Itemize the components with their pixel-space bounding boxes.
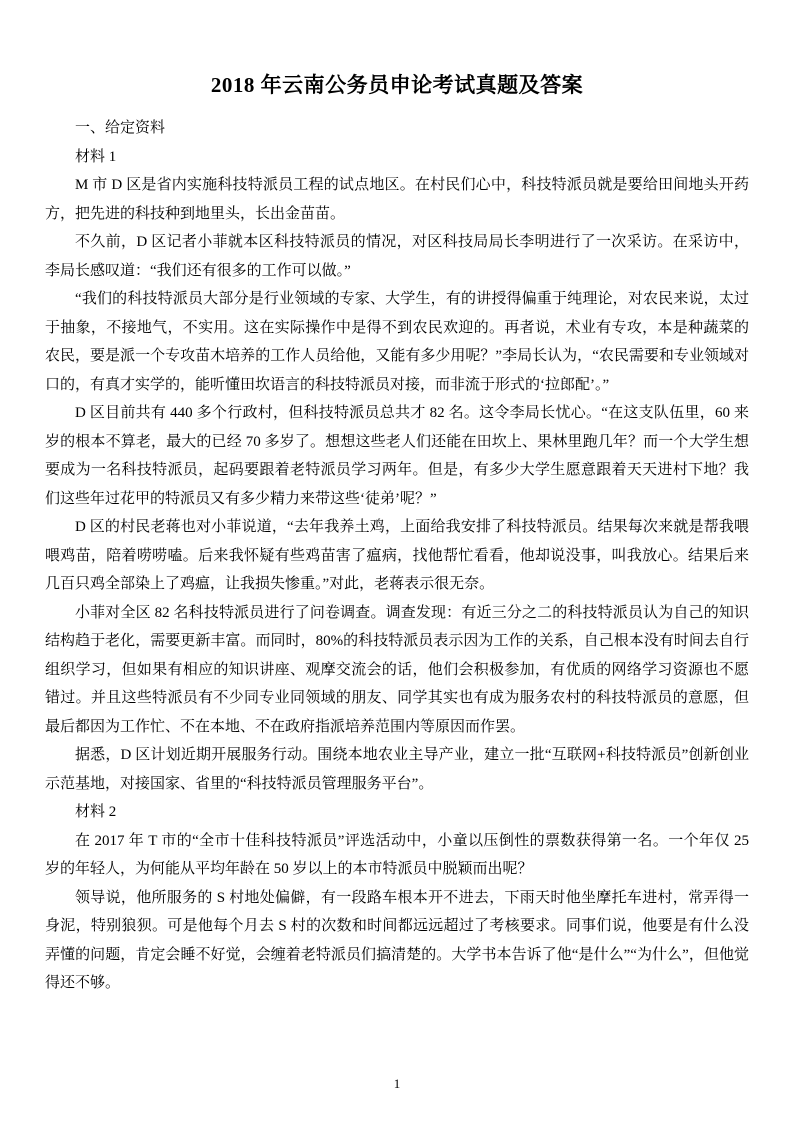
material-1-heading: 材料 1 — [45, 143, 749, 172]
document-page: 2018 年云南公务员申论考试真题及答案 一、给定资料 材料 1 M 市 D 区… — [0, 0, 794, 1122]
paragraph: 据悉，D 区计划近期开展服务行动。围绕本地农业主导产业，建立一批“互联网+科技特… — [45, 741, 749, 798]
paragraph: 不久前，D 区记者小菲就本区科技特派员的情况，对区科技局局长李明进行了一次采访。… — [45, 228, 749, 285]
page-number: 1 — [0, 1076, 794, 1092]
paragraph: D 区的村民老蒋也对小菲说道，“去年我养土鸡，上面给我安排了科技特派员。结果每次… — [45, 513, 749, 599]
paragraph: 在 2017 年 T 市的“全市十佳科技特派员”评选活动中，小童以压倒性的票数获… — [45, 827, 749, 884]
page-title: 2018 年云南公务员申论考试真题及答案 — [45, 70, 749, 100]
section-heading: 一、给定资料 — [45, 114, 749, 143]
paragraph: “我们的科技特派员大部分是行业领域的专家、大学生，有的讲授得偏重于纯理论，对农民… — [45, 285, 749, 399]
paragraph: 领导说，他所服务的 S 村地处偏僻，有一段路车根本开不进去，下雨天时他坐摩托车进… — [45, 884, 749, 998]
paragraph: 小菲对全区 82 名科技特派员进行了问卷调查。调查发现：有近三分之二的科技特派员… — [45, 599, 749, 742]
paragraph: M 市 D 区是省内实施科技特派员工程的试点地区。在村民们心中，科技特派员就是要… — [45, 171, 749, 228]
material-2-heading: 材料 2 — [45, 798, 749, 827]
paragraph: D 区目前共有 440 多个行政村，但科技特派员总共才 82 名。这令李局长忧心… — [45, 399, 749, 513]
